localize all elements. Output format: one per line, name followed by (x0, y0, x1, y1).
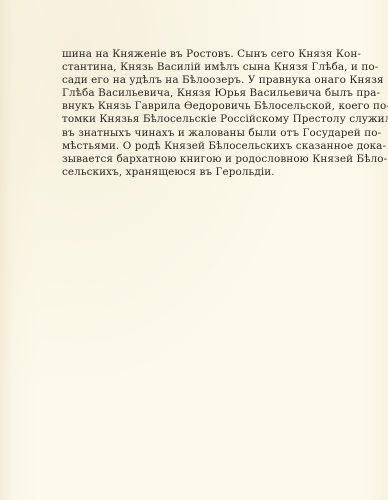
body-paragraph: шина на Княженіе въ Ростовъ. Сынъ сего К… (62, 48, 344, 179)
book-page: шина на Княженіе въ Ростовъ. Сынъ сего К… (0, 0, 388, 500)
text-line: шина на Княженіе въ Ростовъ. Сынъ сего К… (62, 48, 344, 61)
text-line: мѣстьями. О родѣ Князей Бѣлосельскихъ ск… (62, 140, 344, 153)
text-line: стантина, Князь Василій имѣлъ сына Князя… (62, 61, 344, 74)
text-line: томки Князья Бѣлосельскіе Россійскому Пр… (62, 113, 344, 126)
text-line: зывается бархатною книгою и родословною … (62, 153, 344, 166)
text-line: внукъ Князь Гаврила Ѳедоровичь Бѣлосельс… (62, 100, 344, 113)
text-line: въ знатныхъ чинахъ и жалованы были отъ Г… (62, 127, 344, 140)
text-line: Глѣба Васильевича, Князя Юрья Васильевич… (62, 87, 344, 100)
text-line-last: сельскихъ, хранящеюся въ Герольдіи. (62, 166, 344, 179)
text-line: сади его на удѣлъ на Бѣлоозеръ. У правну… (62, 74, 344, 87)
